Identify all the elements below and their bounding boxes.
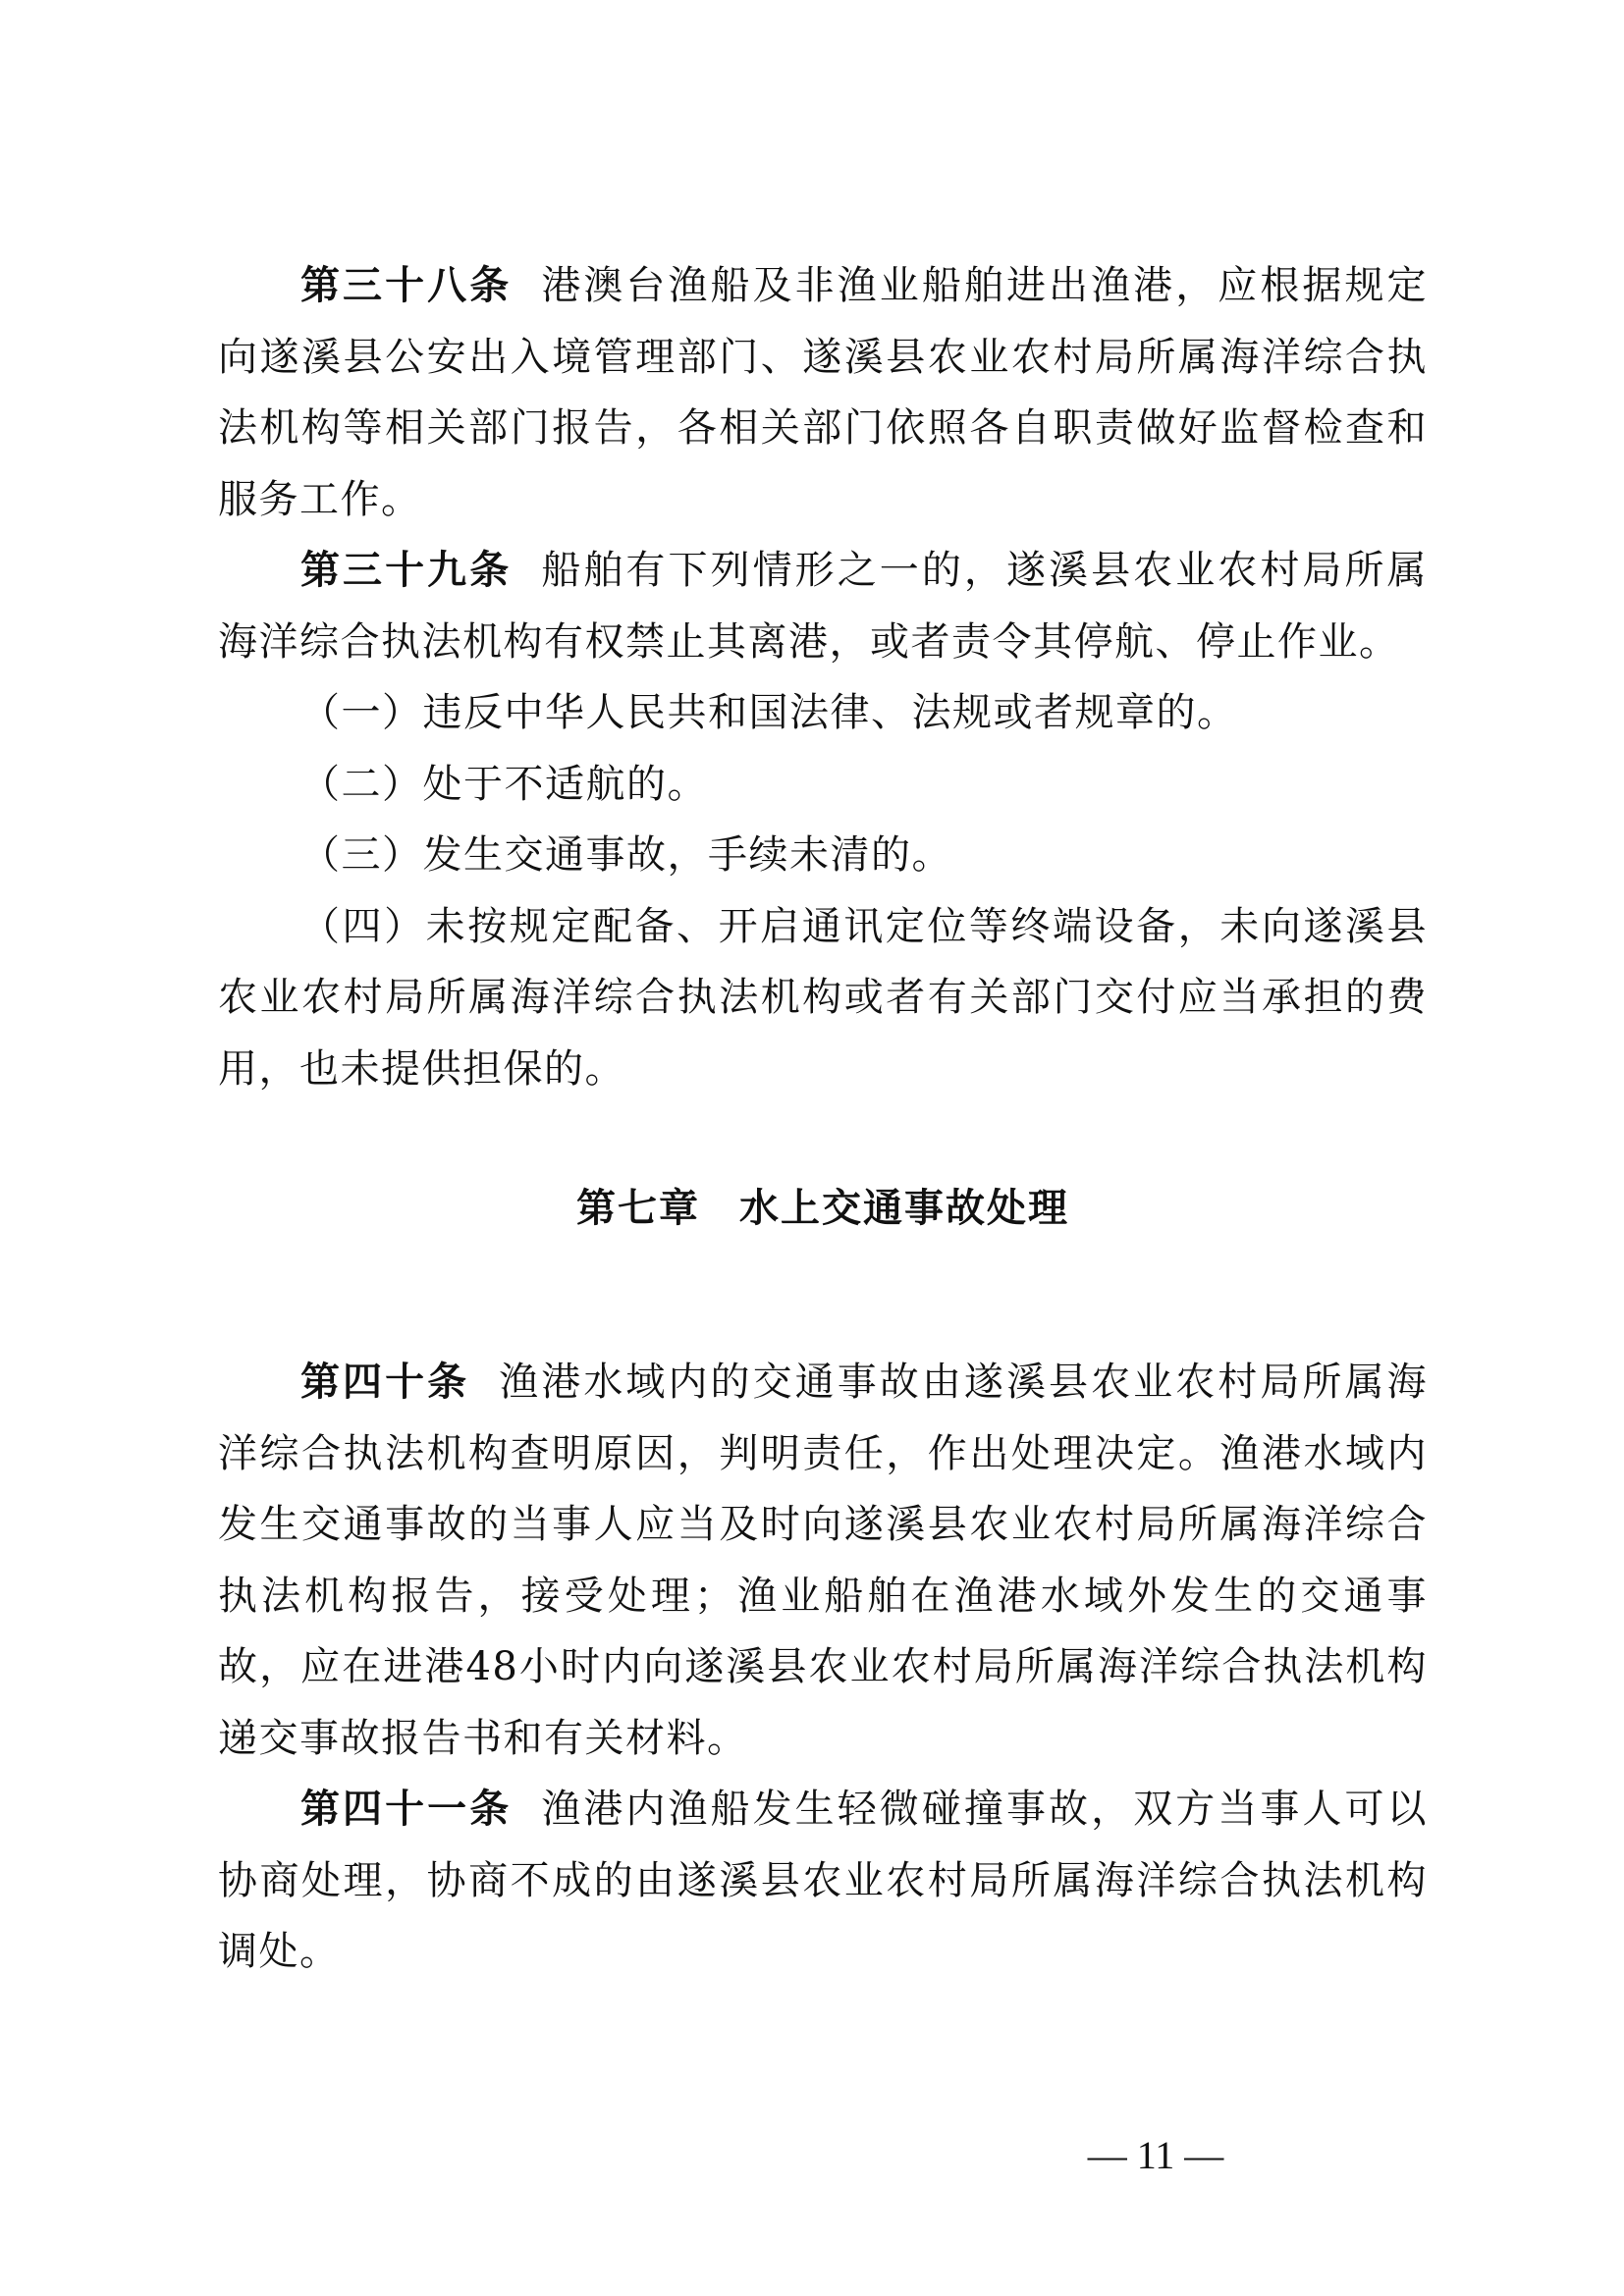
article-39: 第三十九条船舶有下列情形之一的，遂溪县农业农村局所属海洋综合执法机构有权禁止其离… (218, 535, 1428, 677)
article-38: 第三十八条港澳台渔船及非渔业船舶进出渔港，应根据规定向遂溪县公安出入境管理部门、… (218, 250, 1428, 535)
list-item: （一）违反中华人民共和国法律、法规或者规章的。 (218, 677, 1428, 749)
list-item: （二）处于不适航的。 (218, 749, 1428, 821)
document-page: 第三十八条港澳台渔船及非渔业船舶进出渔港，应根据规定向遂溪县公安出入境管理部门、… (218, 250, 1428, 1988)
list-item: （三）发生交通事故，手续未清的。 (218, 820, 1428, 891)
article-41: 第四十一条渔港内渔船发生轻微碰撞事故，双方当事人可以协商处理，协商不成的由遂溪县… (218, 1774, 1428, 1988)
article-label: 第四十一条 (300, 1787, 512, 1832)
article-40: 第四十条渔港水域内的交通事故由遂溪县农业农村局所属海洋综合执法机构查明原因，判明… (218, 1347, 1428, 1774)
list-item: （四）未按规定配备、开启通讯定位等终端设备，未向遂溪县农业农村局所属海洋综合执法… (218, 891, 1428, 1105)
page-number: — 11 — (0, 2132, 1624, 2178)
article-text: 渔港水域内的交通事故由遂溪县农业农村局所属海洋综合执法机构查明原因，判明责任，作… (218, 1360, 1428, 1761)
chapter-number: 第七章 (576, 1186, 700, 1231)
article-label: 第三十八条 (300, 263, 512, 308)
chapter-heading: 第七章水上交通事故处理 (218, 1173, 1428, 1244)
article-label: 第四十条 (300, 1360, 469, 1405)
chapter-title: 水上交通事故处理 (739, 1186, 1069, 1231)
article-label: 第三十九条 (300, 548, 512, 593)
